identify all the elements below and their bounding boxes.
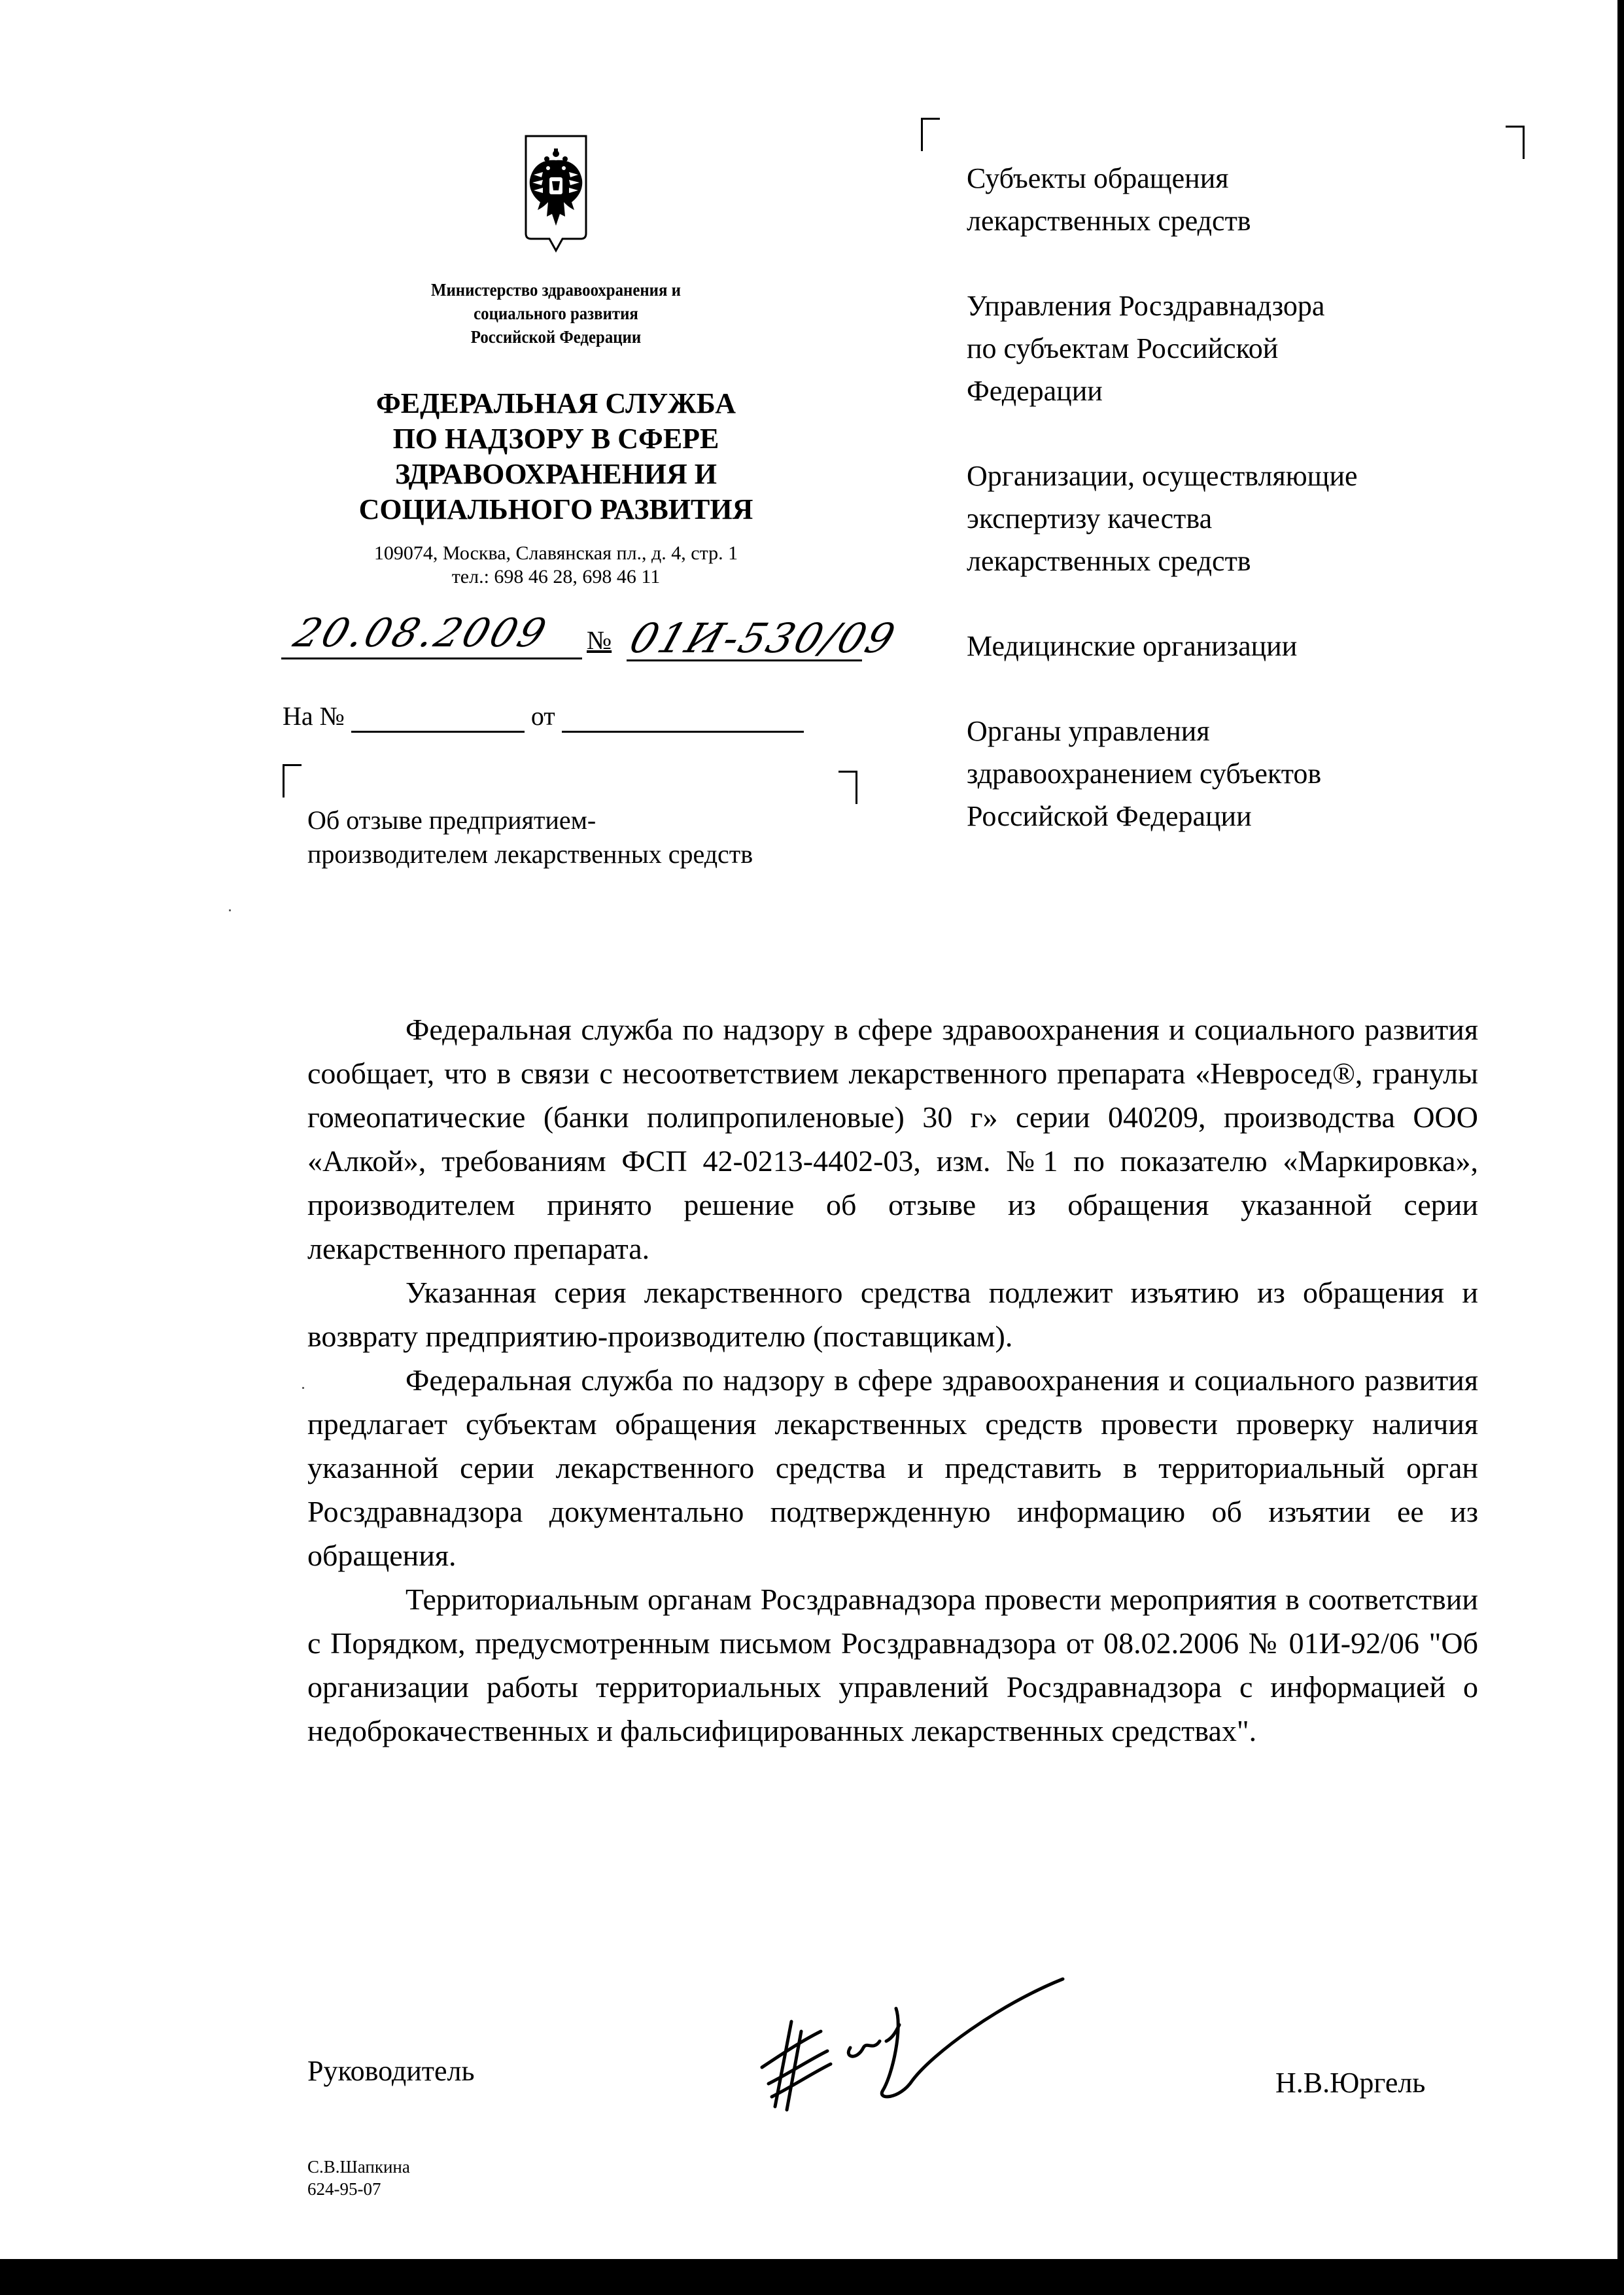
- recipient-line: лекарственных средств: [967, 200, 1555, 242]
- executor-info: С.В.Шапкина 624-95-07: [307, 2156, 410, 2200]
- recipient: Медицинские организации: [967, 625, 1555, 667]
- reference-no-field: [351, 706, 525, 733]
- recipient-line: лекарственных средств: [967, 540, 1555, 582]
- reference-no-label: На №: [283, 701, 345, 731]
- signer-position: Руководитель: [307, 2054, 475, 2088]
- subject-corner-right: [838, 771, 857, 804]
- registration-number-field: 01И-530/09: [627, 608, 862, 661]
- recipient-line: Российской Федерации: [967, 795, 1555, 837]
- agency-line: ЗДРАВООХРАНЕНИЯ И: [314, 457, 798, 492]
- recipient-line: Организации, осуществляющие: [967, 455, 1555, 497]
- agency-line: СОЦИАЛЬНОГО РАЗВИТИЯ: [314, 492, 798, 527]
- recipient-line: здравоохранением субъектов: [967, 752, 1555, 795]
- recipient: Субъекты обращения лекарственных средств: [967, 157, 1555, 242]
- recipient: Организации, осуществляющие экспертизу к…: [967, 455, 1555, 582]
- scan-edge-strip: [1617, 0, 1624, 2259]
- subject-line: Об отзыве предприятием-: [307, 803, 753, 837]
- reference-from-field: [562, 706, 804, 733]
- body-paragraph: Федеральная служба по надзору в сфере зд…: [307, 1007, 1478, 1270]
- scan-bottom-bar: [0, 2259, 1624, 2295]
- ministry-line: социального развития: [381, 302, 731, 325]
- recipient-line: Субъекты обращения: [967, 157, 1555, 200]
- registration-date: 20.08.2009: [288, 610, 554, 656]
- address-line: 109074, Москва, Славянская пл., д. 4, ст…: [314, 542, 798, 565]
- executor-name: С.В.Шапкина: [307, 2156, 410, 2178]
- subject-corner-left: [283, 764, 302, 797]
- agency-address: 109074, Москва, Славянская пл., д. 4, ст…: [314, 542, 798, 589]
- recipient: Управления Росздравнадзора по субъектам …: [967, 285, 1555, 412]
- subject-line: производителем лекарственных средств: [307, 837, 753, 871]
- handwritten-signature-icon: [736, 1969, 1128, 2120]
- subject: Об отзыве предприятием- производителем л…: [307, 803, 753, 871]
- reference-row: На №от: [283, 700, 810, 733]
- number-sign: №: [587, 625, 612, 656]
- scan-speck: [302, 1387, 304, 1389]
- recipient: Органы управления здравоохранением субъе…: [967, 710, 1555, 837]
- coat-of-arms-icon: [523, 134, 589, 255]
- phone-line: тел.: 698 46 28, 698 46 11: [314, 565, 798, 589]
- registration-date-field: 20.08.2009: [281, 608, 582, 659]
- recipients-corner-left: [921, 118, 940, 151]
- agency-name: ФЕДЕРАЛЬНАЯ СЛУЖБА ПО НАДЗОРУ В СФЕРЕ ЗД…: [314, 386, 798, 527]
- recipients-corner-right: [1506, 126, 1525, 159]
- body-paragraph: Территориальным органам Росздравнадзора …: [307, 1577, 1478, 1753]
- recipients-block: Субъекты обращения лекарственных средств…: [967, 157, 1555, 837]
- agency-line: ФЕДЕРАЛЬНАЯ СЛУЖБА: [314, 386, 798, 421]
- reference-from-label: от: [531, 701, 555, 731]
- executor-phone: 624-95-07: [307, 2178, 410, 2200]
- registration-number: 01И-530/09: [624, 614, 903, 662]
- ministry-line: Российской Федерации: [381, 325, 731, 349]
- recipient-line: Органы управления: [967, 710, 1555, 752]
- recipient-line: Управления Росздравнадзора: [967, 285, 1555, 327]
- scan-speck: [1112, 1609, 1114, 1611]
- agency-line: ПО НАДЗОРУ В СФЕРЕ: [314, 421, 798, 457]
- scan-speck: [229, 909, 231, 911]
- letter-body: Федеральная служба по надзору в сфере зд…: [307, 1007, 1478, 1753]
- recipient-line: по субъектам Российской: [967, 327, 1555, 370]
- recipient-line: Федерации: [967, 370, 1555, 412]
- recipient-line: Медицинские организации: [967, 625, 1555, 667]
- body-paragraph: Федеральная служба по надзору в сфере зд…: [307, 1358, 1478, 1577]
- ministry-name: Министерство здравоохранения и социально…: [381, 278, 731, 349]
- ministry-line: Министерство здравоохранения и: [381, 278, 731, 302]
- body-paragraph: Указанная серия лекарственного средства …: [307, 1270, 1478, 1358]
- recipient-line: экспертизу качества: [967, 497, 1555, 540]
- signer-name: Н.В.Юргель: [1275, 2066, 1425, 2099]
